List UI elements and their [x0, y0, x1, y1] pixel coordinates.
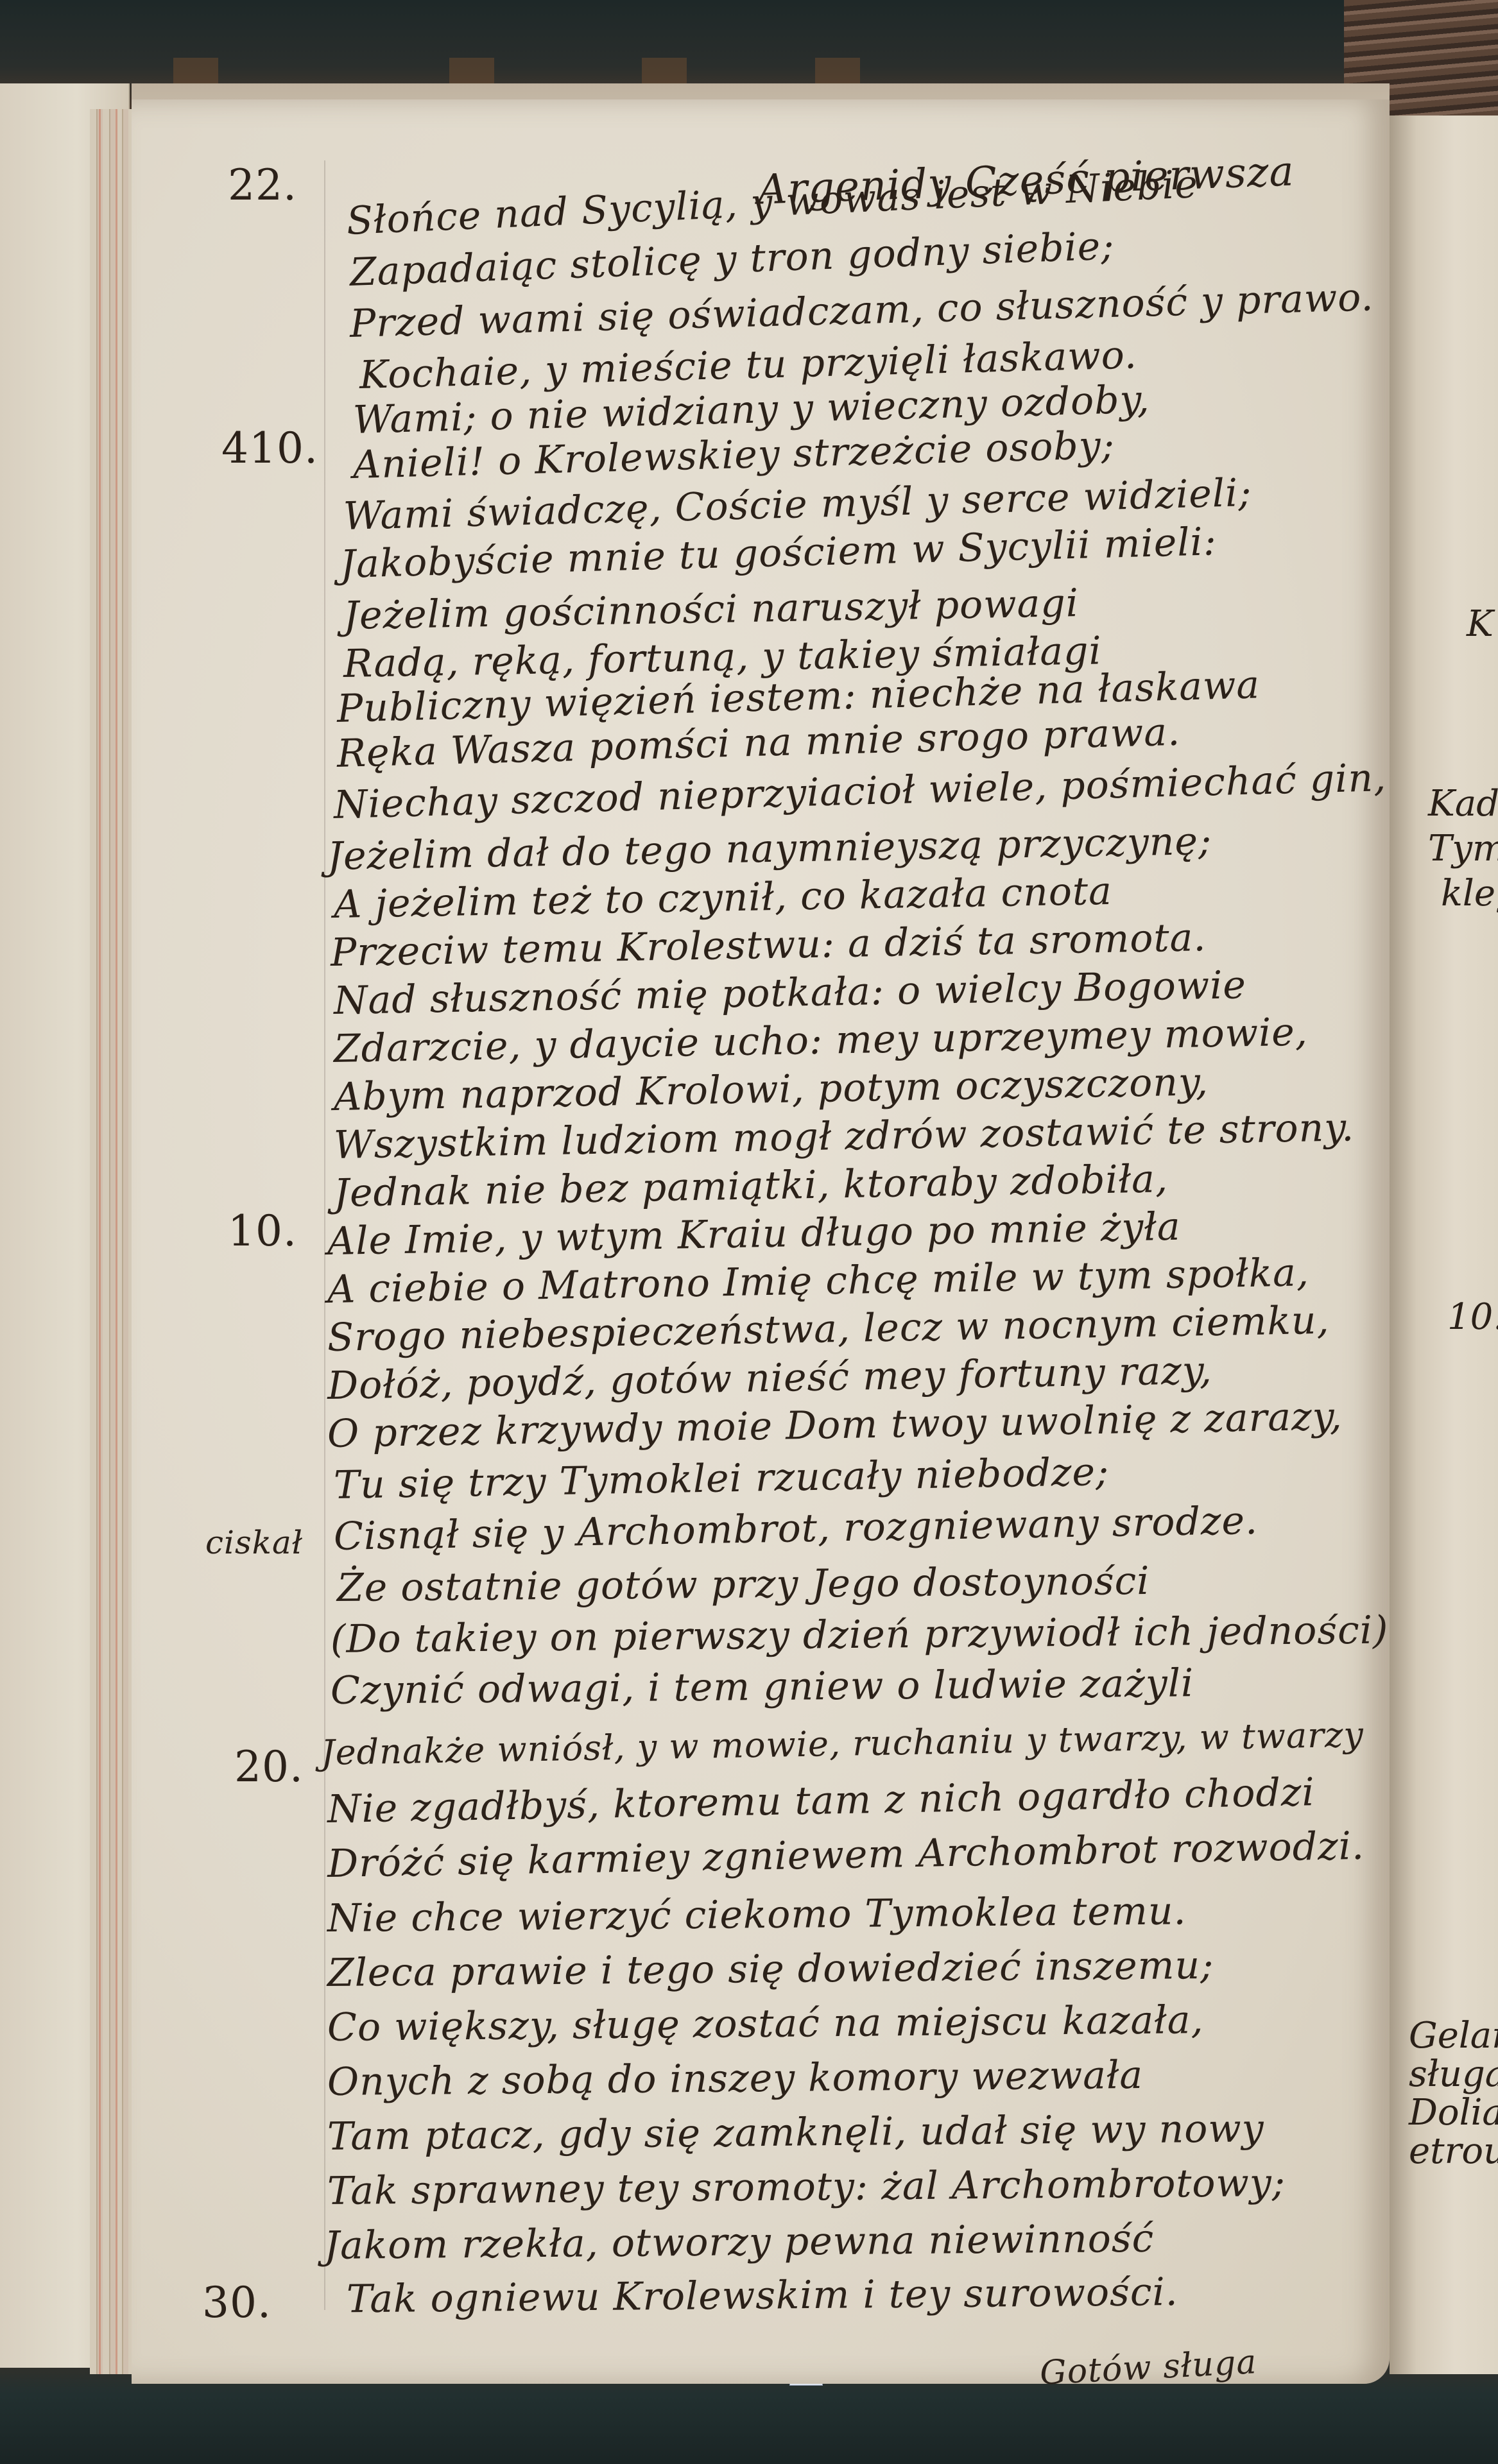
manuscript-line: (Do takiey on pierwszy dzień przywiodł i…	[331, 1608, 1389, 1662]
manuscript-line: Tam ptacz, gdy się zamknęli, udał się wy…	[327, 2106, 1264, 2159]
red-edge-mark	[116, 109, 117, 2374]
line-number: 20.	[234, 1742, 304, 1792]
facing-page-fragment: kleg	[1441, 873, 1498, 914]
manuscript-line: Tak sprawney tey sromoty: żal Archombrot…	[327, 2160, 1286, 2214]
red-edge-mark	[99, 109, 101, 2374]
facing-page-fragment: Kad	[1428, 783, 1498, 825]
manuscript-line: Tak ogniewu Krolewskim i tey surowości.	[225, 2270, 1178, 2323]
manuscript-line: Co większy, sługę zostać na miejscu kaza…	[327, 1998, 1204, 2050]
manuscript-line: Jakom rzekła, otworzy pewna niewinność	[324, 2216, 1155, 2268]
line-number: 22.	[228, 160, 297, 210]
facing-page-fragment: K	[1467, 603, 1494, 645]
facing-page: K Kad Tym kleg 10. Gelan sługa Doliar et…	[1390, 116, 1498, 2374]
line-number: 10.	[228, 1206, 297, 1256]
facing-page-fragment: etrou.	[1409, 2130, 1498, 2172]
page-edges-stack	[90, 109, 135, 2374]
facing-page-fragment: Tym	[1428, 828, 1498, 869]
manuscript-line: Że ostatnie gotów przy Jego dostoyności	[337, 1559, 1150, 1611]
manuscript-line: Onych z sobą do inszey komory wezwała	[327, 2053, 1144, 2105]
facing-page-fragment: Gelan	[1409, 2015, 1498, 2057]
margin-rule	[324, 160, 325, 2310]
manuscript-line: Nie chce wierzyć ciekomo Tymoklea temu.	[327, 1888, 1187, 1941]
margin-note: ciskał	[205, 1524, 303, 1561]
facing-page-fragment: sługa	[1409, 2053, 1498, 2095]
manuscript-line: Czynić odwagi, i tem gniew o ludwie zaży…	[331, 1661, 1194, 1713]
facing-page-fragment: 10.	[1447, 1296, 1498, 1338]
facing-page-fragment: Doliar	[1409, 2092, 1498, 2134]
manuscript-line: Zleca prawie i tego się dowiedzieć insze…	[327, 1943, 1214, 1996]
line-number: 410.	[221, 424, 318, 473]
